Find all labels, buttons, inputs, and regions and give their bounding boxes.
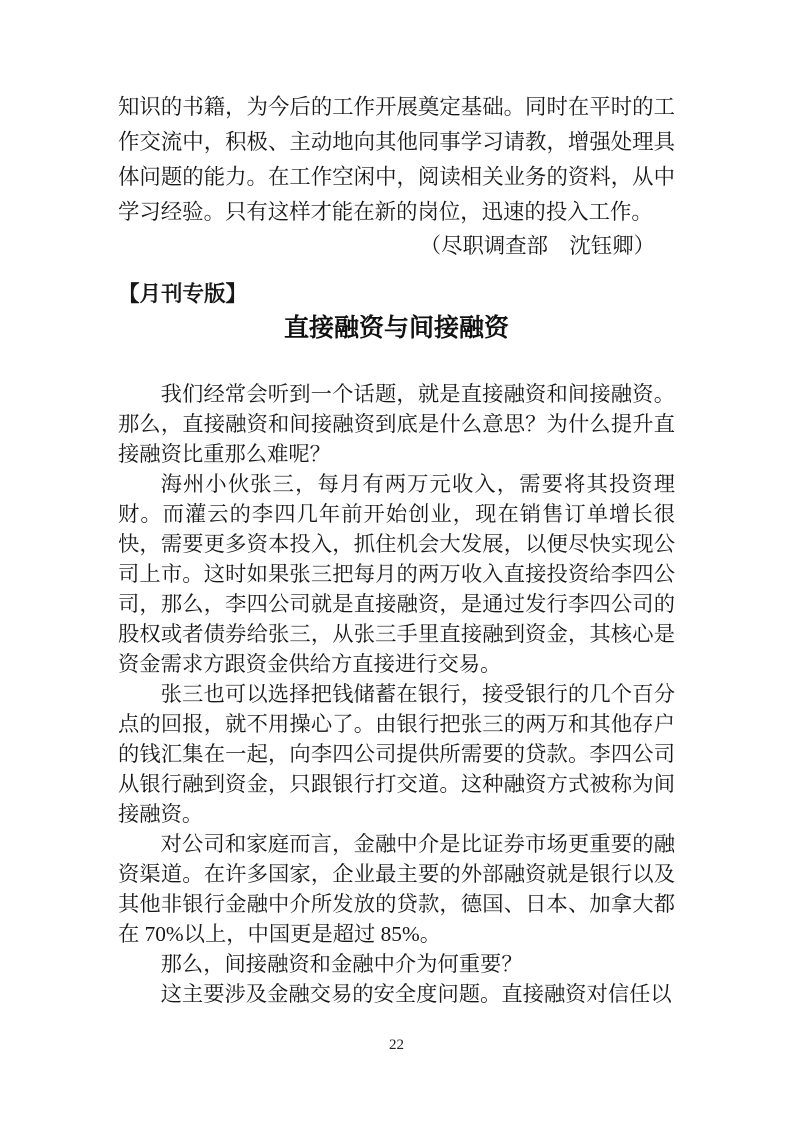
page-number: 22 (118, 1037, 675, 1054)
document-page: 知识的书籍，为今后的工作开展奠定基础。同时在平时的工作交流中，积极、主动地向其他… (0, 0, 793, 1122)
article-paragraph: 我们经常会听到一个话题，就是直接融资和间接融资。那么，直接融资和间接融资到底是什… (118, 379, 675, 469)
article-paragraph: 这主要涉及金融交易的安全度问题。直接融资对信任以 (118, 979, 675, 1009)
closing-article-signature: （尽职调查部 沈钰卿） (118, 230, 675, 263)
article-paragraph: 对公司和家庭而言，金融中介是比证券市场更重要的融资渠道。在许多国家，企业最主要的… (118, 829, 675, 949)
article-body: 我们经常会听到一个话题，就是直接融资和间接融资。那么，直接融资和间接融资到底是什… (118, 379, 675, 1009)
closing-article: 知识的书籍，为今后的工作开展奠定基础。同时在平时的工作交流中，积极、主动地向其他… (118, 90, 675, 263)
article-title: 直接融资与间接融资 (118, 311, 675, 345)
section-label: 【月刊专版】 (118, 279, 675, 309)
closing-article-paragraph: 知识的书籍，为今后的工作开展奠定基础。同时在平时的工作交流中，积极、主动地向其他… (118, 90, 675, 230)
article-paragraph: 张三也可以选择把钱储蓄在银行，接受银行的几个百分点的回报，就不用操心了。由银行把… (118, 679, 675, 829)
article-paragraph: 那么，间接融资和金融中介为何重要？ (118, 949, 675, 979)
article-paragraph: 海州小伙张三，每月有两万元收入，需要将其投资理财。而灌云的李四几年前开始创业，现… (118, 469, 675, 679)
